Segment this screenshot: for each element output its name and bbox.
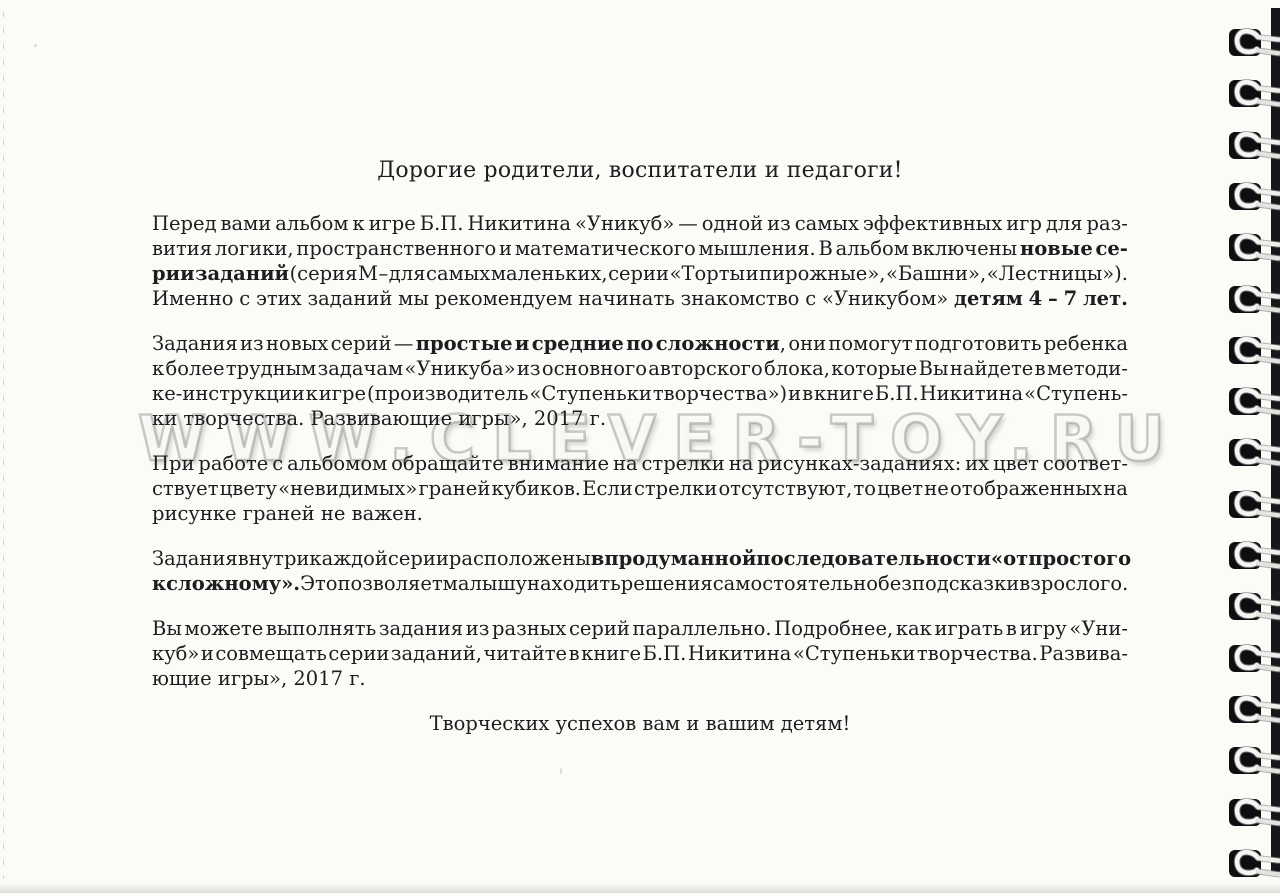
- binding-ring-icon: [1228, 227, 1280, 269]
- binding-ring-icon: [1228, 535, 1280, 577]
- paragraph: Заданиявнутрикаждойсериирасположенывпрод…: [152, 546, 1128, 596]
- paragraph: Заданияизновыхсерий—простыеисредниепосло…: [152, 331, 1128, 431]
- text-line: ксложному».Этопозволяетмалышунаходитьреш…: [152, 571, 1128, 596]
- binding-ring-icon: [1228, 586, 1280, 628]
- text-line: Именносэтихзаданиймырекомендуемначинатьз…: [152, 286, 1128, 311]
- body-paragraphs: ПередвамиальбомкигреБ.П.Никитина«Уникуб»…: [152, 211, 1128, 691]
- binding-ring-icon: [1228, 638, 1280, 680]
- text-line: Приработесальбомомобращайтевниманиенастр…: [152, 451, 1128, 476]
- text-line: Заданиявнутрикаждойсериирасположенывпрод…: [152, 546, 1128, 571]
- page-edge-line: [3, 12, 4, 879]
- binding-ring-icon: [1228, 125, 1280, 167]
- binding-ring-icon: [1228, 740, 1280, 782]
- scan-speck: [560, 768, 562, 774]
- binding-ring-icon: [1228, 792, 1280, 834]
- scanned-page: WWW.CLEVER-TOY.RU Дорогие родители, восп…: [0, 0, 1280, 893]
- binding-ring-icon: [1228, 689, 1280, 731]
- text-line: Заданияизновыхсерий—простыеисредниепосло…: [152, 331, 1128, 356]
- text-line: рисунке граней не важен.: [152, 501, 1128, 526]
- text-line: ки творчества. Развивающие игры», 2017 г…: [152, 406, 1128, 431]
- text-line: витиялогики,пространственногоиматематиче…: [152, 236, 1128, 261]
- spiral-binding: [1228, 0, 1280, 893]
- binding-ring-icon: [1228, 484, 1280, 526]
- binding-ring-icon: [1228, 176, 1280, 218]
- text-line: ПередвамиальбомкигреБ.П.Никитина«Уникуб»…: [152, 211, 1128, 236]
- binding-ring-icon: [1228, 843, 1280, 885]
- page-content: Дорогие родители, воспитатели и педагоги…: [152, 158, 1128, 736]
- paragraph: Приработесальбомомобращайтевниманиенастр…: [152, 451, 1128, 526]
- page-title: Дорогие родители, воспитатели и педагоги…: [152, 158, 1128, 184]
- binding-ring-icon: [1228, 22, 1280, 64]
- paragraph: Выможетевыполнятьзаданияизразныхсерийпар…: [152, 616, 1128, 691]
- binding-ring-icon: [1228, 381, 1280, 423]
- text-line: кболеетруднымзадачам«Уникуба»изосновного…: [152, 356, 1128, 381]
- text-line: Выможетевыполнятьзаданияизразныхсерийпар…: [152, 616, 1128, 641]
- page-bottom-shadow: [0, 883, 1280, 893]
- text-line: ствуетцвету«невидимых»гранейкубиков.Если…: [152, 476, 1128, 501]
- binding-ring-icon: [1228, 432, 1280, 474]
- binding-ring-icon: [1228, 279, 1280, 321]
- text-line: ке-инструкциикигре(производитель«Ступень…: [152, 381, 1128, 406]
- binding-ring-icon: [1228, 330, 1280, 372]
- paragraph: ПередвамиальбомкигреБ.П.Никитина«Уникуб»…: [152, 211, 1128, 311]
- text-line: риизаданий(серияМ–длясамыхмаленьких,сери…: [152, 261, 1128, 286]
- text-line: куб»исовмещатьсериизаданий,читайтевкниге…: [152, 641, 1128, 666]
- scan-speck: [34, 44, 37, 47]
- text-line: ющие игры», 2017 г.: [152, 666, 1128, 691]
- binding-ring-icon: [1228, 73, 1280, 115]
- closing-line: Творческих успехов вам и вашим детям!: [152, 711, 1128, 736]
